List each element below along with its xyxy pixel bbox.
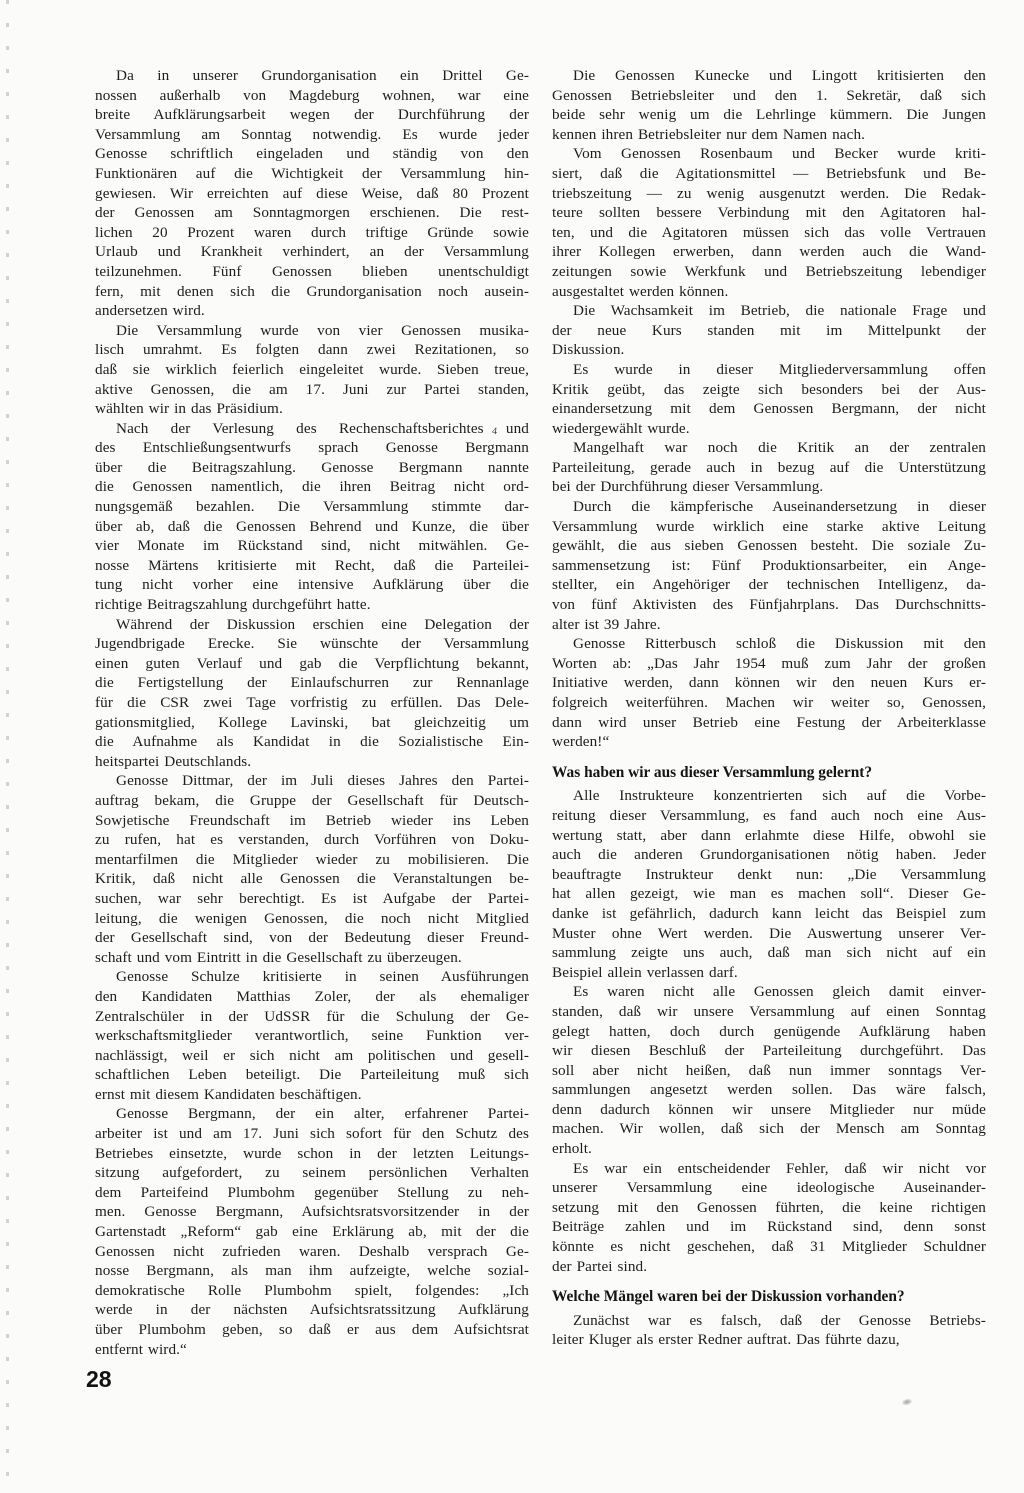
- text-line: tung nicht vorher eine intensive Aufklär…: [95, 575, 529, 595]
- text-line: Initiative werden, dann können wir den n…: [552, 673, 986, 693]
- text-line: fern, mit denen sich die Grundorganisati…: [95, 282, 529, 302]
- section-heading: Was haben wir aus dieser Versammlung gel…: [552, 763, 986, 783]
- text-line: die Aufnahme als Kandidat in die Soziali…: [95, 732, 529, 752]
- text-line: ten, und die Agitatoren müssen sich das …: [552, 223, 986, 243]
- text-line: Muster ohne Wert werden. Die Auswertung …: [552, 924, 986, 944]
- text-line: daß sie wirklich feierlich eingeleitet w…: [95, 360, 529, 380]
- text-line: Genosse schriftlich eingeladen und ständ…: [95, 144, 529, 164]
- text-line: Genosse Bergmann, der ein alter, erfahre…: [95, 1104, 529, 1124]
- section-heading: Welche Mängel waren bei der Diskussion v…: [552, 1287, 986, 1307]
- text-line: Funktionären auf die Wichtigkeit der Ver…: [95, 164, 529, 184]
- text-line: entfernt wird.“: [95, 1340, 529, 1360]
- text-line: lisch umrahmt. Es folgten dann zwei Rezi…: [95, 340, 529, 360]
- text-line: Sowjetische Freundschaft im Betrieb wied…: [95, 811, 529, 831]
- text-line: folgreich weiterführen. Machen wir weite…: [552, 693, 986, 713]
- text-line: Es war ein entscheidender Fehler, daß wi…: [552, 1159, 986, 1179]
- text-line: Während der Diskussion erschien eine Del…: [95, 615, 529, 635]
- scanned-document-page: Da in unserer Grundorganisation ein Drit…: [0, 0, 1024, 1493]
- text-line: Mangelhaft war noch die Kritik an der ze…: [552, 438, 986, 458]
- text-line: ausgestaltet werden können.: [552, 282, 986, 302]
- text-line: schaftlichen Leben beteiligt. Die Partei…: [95, 1065, 529, 1085]
- text-line: werde in der nächsten Aufsichtsratssitzu…: [95, 1300, 529, 1320]
- text-line: wir diesen Beschluß der Parteileitung du…: [552, 1041, 986, 1061]
- text-line: dann wird unser Betrieb eine Festung der…: [552, 713, 986, 733]
- text-line: bei der Durchführung dieser Versammlung.: [552, 477, 986, 497]
- text-line: Alle Instrukteure konzentrierten sich au…: [552, 786, 986, 806]
- text-line: arbeiter ist und am 17. Juni sich sofort…: [95, 1124, 529, 1144]
- right-column: Die Genossen Kunecke und Lingott kritisi…: [552, 66, 986, 1350]
- scan-edge-artifact: [6, 0, 9, 1493]
- text-line: über die Beitragszahlung. Genosse Bergma…: [95, 458, 529, 478]
- text-line: Genossen Betriebsleiter und den 1. Sekre…: [552, 86, 986, 106]
- text-line: leiter Kluger als erster Redner auftrat.…: [552, 1330, 986, 1350]
- text-line: von fünf Aktivisten des Fünfjahrplans. D…: [552, 595, 986, 615]
- text-line: der Partei sind.: [552, 1257, 986, 1277]
- text-line: Jugendbrigade Erecke. Sie wünschte der V…: [95, 634, 529, 654]
- text-line: danke ist gefährlich, dadurch kann leich…: [552, 904, 986, 924]
- text-line: Kritik, daß nicht alle Genossen die Vera…: [95, 869, 529, 889]
- text-line: Parteileitung, gerade auch in bezug auf …: [552, 458, 986, 478]
- text-line: leitung, die wenigen Genossen, die noch …: [95, 909, 529, 929]
- text-line: Beispiel allein verlassen darf.: [552, 963, 986, 983]
- text-line: gewiesen. Wir erreichten auf diese Weise…: [95, 184, 529, 204]
- text-line: demokratische Rolle Plumbohm spielt, fol…: [95, 1281, 529, 1301]
- text-line: lichen 20 Prozent waren durch triftige G…: [95, 223, 529, 243]
- text-line: nosse Bergmann, als man ihm aufzeigte, w…: [95, 1261, 529, 1281]
- text-line: Versammlung am Sonntag notwendig. Es wur…: [95, 125, 529, 145]
- text-line: über Plumbohm geben, so daß er aus dem A…: [95, 1320, 529, 1340]
- text-line: teure sollten bessere Verbindung mit den…: [552, 203, 986, 223]
- text-line: der neue Kurs standen mit im Mittelpunkt…: [552, 321, 986, 341]
- text-line: Die Wachsamkeit im Betrieb, die national…: [552, 301, 986, 321]
- text-line: über ab, daß die Genossen Behrend und Ku…: [95, 517, 529, 537]
- text-line: beide sehr wenig um die Lehrlinge kümmer…: [552, 105, 986, 125]
- text-line: Worten ab: „Das Jahr 1954 muß zum Jahr d…: [552, 654, 986, 674]
- text-line: Zentralschüler in der UdSSR für die Schu…: [95, 1007, 529, 1027]
- text-line: werden!“: [552, 732, 986, 752]
- text-line: für die CSR zwei Tage vorfristig zu erfü…: [95, 693, 529, 713]
- text-line: kennen ihren Betriebsleiter nur dem Name…: [552, 125, 986, 145]
- text-line: nossen außerhalb von Magdeburg wohnen, w…: [95, 86, 529, 106]
- text-line: andersetzen wird.: [95, 301, 529, 321]
- text-line: Es waren nicht alle Genossen gleich dami…: [552, 982, 986, 1002]
- text-line: einen guten Verlauf und gab die Verpflic…: [95, 654, 529, 674]
- text-line: sammlungen angesetzt werden sollen. Das …: [552, 1080, 986, 1100]
- text-line: Urlaub und Krankheit verhindert, an der …: [95, 242, 529, 262]
- text-line: unserer Versammlung eine ideologische Au…: [552, 1178, 986, 1198]
- text-line: erholt.: [552, 1139, 986, 1159]
- text-line: men. Genosse Bergmann, Aufsichtsratsvors…: [95, 1202, 529, 1222]
- text-line: Die Genossen Kunecke und Lingott kritisi…: [552, 66, 986, 86]
- text-line: der Gesellschaft sind, von der Bedeutung…: [95, 928, 529, 948]
- text-line: standen, daß wir unsere Versammlung auf …: [552, 1002, 986, 1022]
- pencil-smudge: [901, 1398, 912, 1406]
- text-line: die Genossen namentlich, die ihren Beitr…: [95, 477, 529, 497]
- text-line: dem Parteifeind Plumbohm gegenüber Stell…: [95, 1183, 529, 1203]
- text-line: heitspartei Deutschlands.: [95, 752, 529, 772]
- text-line: Diskussion.: [552, 340, 986, 360]
- text-line: Durch die kämpferische Auseinandersetzun…: [552, 497, 986, 517]
- text-line: werkschaftsmitglieder verantwortlich, se…: [95, 1026, 529, 1046]
- text-line: stellter, ein Angehöriger der technische…: [552, 575, 986, 595]
- text-line: der Genossen am Sonntagmorgen erschienen…: [95, 203, 529, 223]
- text-line: richtige Beitragszahlung durchgeführt ha…: [95, 595, 529, 615]
- text-line: denn dadurch können wir unsere Mitgliede…: [552, 1100, 986, 1120]
- text-line: Kritik geübt, das zeigte sich besonders …: [552, 380, 986, 400]
- text-line: reitung dieser Versammlung, es fand auch…: [552, 806, 986, 826]
- text-line: triebszeitung — zu wenig ausgenutzt werd…: [552, 184, 986, 204]
- page-number: 28: [86, 1366, 112, 1393]
- text-line: teilzunehmen. Fünf Genossen blieben unen…: [95, 262, 529, 282]
- left-column: Da in unserer Grundorganisation ein Drit…: [95, 66, 529, 1359]
- text-line: soll aber nicht heißen, daß nun immer so…: [552, 1061, 986, 1081]
- text-line: wiedergewählt wurde.: [552, 419, 986, 439]
- text-line: beauftragte Instrukteur denkt nun: „Die …: [552, 865, 986, 885]
- text-line: wählten wir in das Präsidium.: [95, 399, 529, 419]
- text-line: machen. Wir wollen, daß sich der Mensch …: [552, 1119, 986, 1139]
- text-line: gewählt, die aus sieben Genossen besteht…: [552, 536, 986, 556]
- text-line: ernst mit diesem Kandidaten beschäftigen…: [95, 1085, 529, 1105]
- text-line: breite Aufklärungsarbeit wegen der Durch…: [95, 105, 529, 125]
- text-line: Genosse Schulze kritisierte in seinen Au…: [95, 967, 529, 987]
- text-line: suchen, war sehr berechtigt. Es ist Aufg…: [95, 889, 529, 909]
- text-line: aktive Genossen, die am 17. Juni zur Par…: [95, 380, 529, 400]
- text-line: des Entschließungsentwurfs sprach Genoss…: [95, 438, 529, 458]
- text-line: Es wurde in dieser Mitgliederversammlung…: [552, 360, 986, 380]
- text-line: gelegt hatten, doch durch genügende Aufk…: [552, 1022, 986, 1042]
- text-line: Betriebes einsetzte, wurde schon in der …: [95, 1144, 529, 1164]
- text-line: könnte es nicht geschehen, daß 31 Mitgli…: [552, 1237, 986, 1257]
- text-line: die Fertigstellung der Einlaufschurren z…: [95, 673, 529, 693]
- text-line: auftrag bekam, die Gruppe der Gesellscha…: [95, 791, 529, 811]
- text-line: Beiträge zahlen und im Rückstand sind, d…: [552, 1217, 986, 1237]
- text-line: Nach der Verlesung des Rechenschaftsberi…: [95, 419, 529, 439]
- text-line: Genosse Ritterbusch schloß die Diskussio…: [552, 634, 986, 654]
- text-line: einandersetzung mit dem Genossen Bergman…: [552, 399, 986, 419]
- text-line: siert, daß die Agitationsmittel — Betrie…: [552, 164, 986, 184]
- text-line: sammensetzung ist: Fünf Produktionsarbei…: [552, 556, 986, 576]
- text-line: auch die anderen Grundorganisationen nöt…: [552, 845, 986, 865]
- text-line: sammlung zeigte uns auch, daß man sich n…: [552, 943, 986, 963]
- text-line: den Kandidaten Matthias Zoler, der als e…: [95, 987, 529, 1007]
- text-line: Genossen nicht zufrieden waren. Deshalb …: [95, 1242, 529, 1262]
- text-line: nosse Märtens kritisierte mit Recht, daß…: [95, 556, 529, 576]
- text-line: Zunächst war es falsch, daß der Genosse …: [552, 1311, 986, 1331]
- text-line: sitzung aufgefordert, zu seinem persönli…: [95, 1163, 529, 1183]
- text-line: Die Versammlung wurde von vier Genossen …: [95, 321, 529, 341]
- text-line: nungsgemäß bezahlen. Die Versammlung sti…: [95, 497, 529, 517]
- text-line: Versammlung wurde wirklich eine starke a…: [552, 517, 986, 537]
- text-line: schaft und vom Eintritt in die Gesellsch…: [95, 948, 529, 968]
- text-line: nachlässigt, weil er sich nicht am polit…: [95, 1046, 529, 1066]
- text-line: mentarfilmen die Mitglieder wieder zu mo…: [95, 850, 529, 870]
- text-line: Vom Genossen Rosenbaum und Becker wurde …: [552, 144, 986, 164]
- text-line: vier Monate im Rückstand sind, nicht mit…: [95, 536, 529, 556]
- text-line: hat allen gezeigt, wie man es machen sol…: [552, 884, 986, 904]
- text-line: zu rufen, hat es verstanden, durch Vorfü…: [95, 830, 529, 850]
- text-line: wertung statt, aber dann erlahmte diese …: [552, 826, 986, 846]
- text-line: setzung mit den Genossen führten, die ke…: [552, 1198, 986, 1218]
- text-line: ihrer Kollegen erwerben, dann werden auc…: [552, 242, 986, 262]
- text-line: gationsmitglied, Kollege Lavinski, bat g…: [95, 713, 529, 733]
- text-line: Genosse Dittmar, der im Juli dieses Jahr…: [95, 771, 529, 791]
- text-line: alter ist 39 Jahre.: [552, 615, 986, 635]
- text-line: Da in unserer Grundorganisation ein Drit…: [95, 66, 529, 86]
- text-line: Gartenstadt „Reform“ gab eine Erklärung …: [95, 1222, 529, 1242]
- text-line: zeitungen sowie Werkfunk und Betriebszei…: [552, 262, 986, 282]
